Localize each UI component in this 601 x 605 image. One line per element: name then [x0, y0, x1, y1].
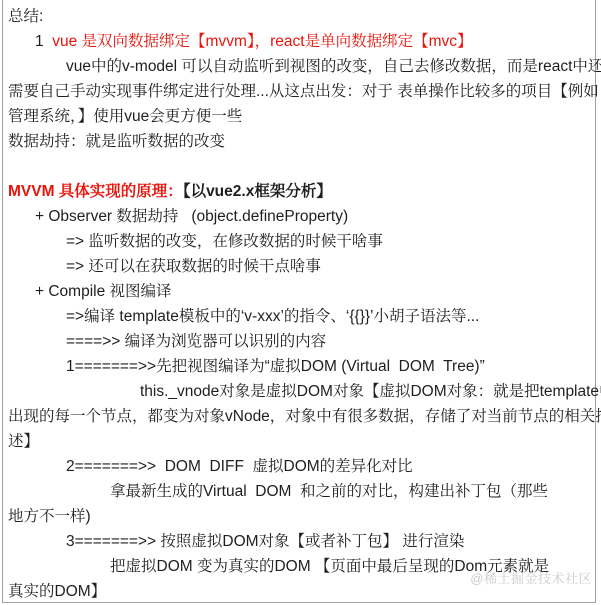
juejin-watermark: @稀土掘金技术社区 — [470, 568, 592, 587]
text-segment: + Observer 数据劫持 (object.defineProperty) — [35, 208, 348, 225]
text-line: => 还可以在获取数据的时候干点啥事 — [0, 254, 601, 279]
text-segment: this._vnode对象是虚拟DOM对象【虚拟DOM对象：就是把templat… — [140, 383, 601, 400]
text-segment: 1 — [35, 33, 52, 50]
text-line: + Compile 视图编译 — [0, 279, 601, 304]
text-segment: 【以vue2.x框架分析】 — [183, 183, 332, 200]
text-segment: 总结: — [8, 8, 43, 25]
text-line: 1=======>>先把视图编译为“虚拟DOM (Virtual DOM Tre… — [0, 354, 601, 379]
text-segment: 地方不一样) — [8, 508, 91, 525]
text-segment: vue 是双向数据绑定【mvvm】，react是单向数据绑定【mvc】 — [52, 33, 472, 50]
text-line: MVVM 具体实现的原理：【以vue2.x框架分析】 — [0, 179, 601, 204]
text-segment: MVVM 具体实现的原理： — [8, 183, 183, 200]
document-body: 总结:1 vue 是双向数据绑定【mvvm】，react是单向数据绑定【mvc】… — [0, 4, 601, 604]
text-segment: 述】 — [8, 433, 39, 450]
text-line: 管理系统，】使用vue会更方便一些 — [0, 104, 601, 129]
text-segment: 需要自己手动实现事件绑定进行处理...从这点出发：对于 表单操作比较多的项目【例… — [8, 83, 601, 100]
text-line: this._vnode对象是虚拟DOM对象【虚拟DOM对象：就是把templat… — [0, 379, 601, 404]
text-segment: => 还可以在获取数据的时候干点啥事 — [66, 258, 321, 275]
text-segment: ====>> 编译为浏览器可以识别的内容 — [66, 333, 326, 350]
text-line: 述】 — [0, 429, 601, 454]
text-line: 总结: — [0, 4, 601, 29]
text-line: 1 vue 是双向数据绑定【mvvm】，react是单向数据绑定【mvc】 — [0, 29, 601, 54]
text-line — [0, 154, 601, 179]
text-segment: 1=======>>先把视图编译为“虚拟DOM (Virtual DOM Tre… — [66, 358, 485, 375]
text-segment: 2=======>> DOM DIFF 虚拟DOM的差异化对比 — [66, 458, 413, 475]
text-segment: 拿最新生成的Virtual DOM 和之前的对比，构建出补丁包（那些 — [110, 483, 548, 500]
text-line: 出现的每一个节点，都变为对象vNode，对象中有很多数据，存储了对当前节点的相关… — [0, 404, 601, 429]
text-segment: 管理系统，】使用vue会更方便一些 — [8, 108, 242, 125]
text-segment: => 监听数据的改变，在修改数据的时候干啥事 — [66, 233, 383, 250]
text-line: 拿最新生成的Virtual DOM 和之前的对比，构建出补丁包（那些 — [0, 479, 601, 504]
text-line: 3=======>> 按照虚拟DOM对象【或者补丁包】 进行渲染 — [0, 529, 601, 554]
text-segment: =>编译 template模板中的‘v-xxx’的指令、‘{{}}’小胡子语法等… — [66, 308, 479, 325]
text-line: => 监听数据的改变，在修改数据的时候干啥事 — [0, 229, 601, 254]
text-segment: 真实的DOM】 — [8, 583, 106, 600]
text-segment: + Compile 视图编译 — [35, 283, 172, 300]
text-line: ====>> 编译为浏览器可以识别的内容 — [0, 329, 601, 354]
text-line: 需要自己手动实现事件绑定进行处理...从这点出发：对于 表单操作比较多的项目【例… — [0, 79, 601, 104]
text-line: 数据劫持：就是监听数据的改变 — [0, 129, 601, 154]
text-segment: vue中的v-model 可以自动监听到视图的改变，自己去修改数据，而是reac… — [66, 58, 601, 75]
text-line: 地方不一样) — [0, 504, 601, 529]
document-page: 总结:1 vue 是双向数据绑定【mvvm】，react是单向数据绑定【mvc】… — [0, 0, 601, 605]
text-segment: 出现的每一个节点，都变为对象vNode，对象中有很多数据，存储了对当前节点的相关… — [8, 408, 601, 425]
text-line: vue中的v-model 可以自动监听到视图的改变，自己去修改数据，而是reac… — [0, 54, 601, 79]
text-line: + Observer 数据劫持 (object.defineProperty) — [0, 204, 601, 229]
text-line: =>编译 template模板中的‘v-xxx’的指令、‘{{}}’小胡子语法等… — [0, 304, 601, 329]
text-line: 2=======>> DOM DIFF 虚拟DOM的差异化对比 — [0, 454, 601, 479]
text-segment: 3=======>> 按照虚拟DOM对象【或者补丁包】 进行渲染 — [66, 533, 464, 550]
text-segment: 数据劫持：就是监听数据的改变 — [8, 133, 225, 150]
